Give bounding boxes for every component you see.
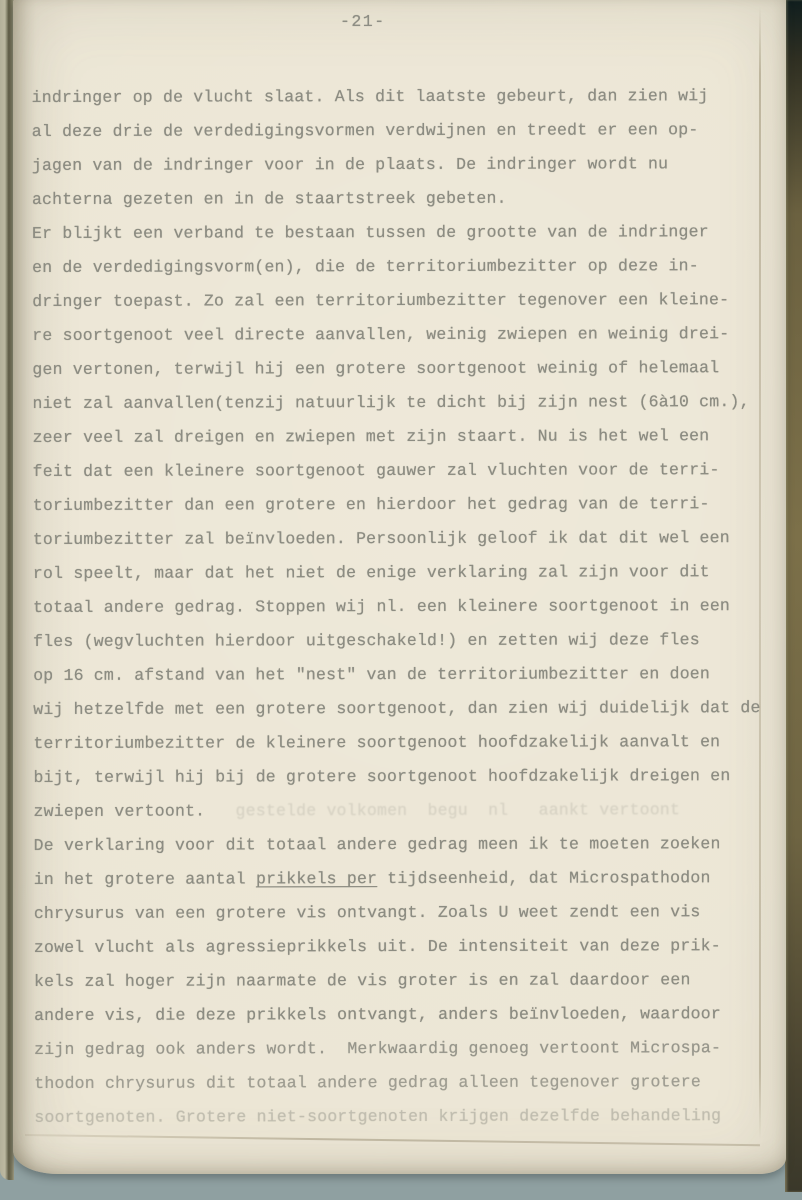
typewritten-line: De verklaring voor dit totaal andere ged… bbox=[34, 827, 779, 863]
text-segment: bijt, terwijl hij bij de grotere soortge… bbox=[33, 766, 730, 787]
scanned-book-photo: -21- indringer op de vlucht slaat. Als d… bbox=[0, 0, 802, 1200]
typewritten-line: wij hetzelfde met een grotere soortgenoo… bbox=[33, 691, 778, 727]
typewritten-line: dringer toepast. Zo zal een territoriumb… bbox=[32, 283, 777, 319]
text-segment: Er blijkt een verband te bestaan tussen … bbox=[32, 222, 709, 243]
page-edge-stack bbox=[785, 0, 802, 1192]
text-segment: in het grotere aantal bbox=[34, 869, 256, 889]
page-fold-line bbox=[759, 6, 761, 1140]
text-segment: territoriumbezitter de kleinere soortgen… bbox=[33, 732, 720, 753]
typewritten-line: feit dat een kleinere soortgenoot gauwer… bbox=[33, 453, 778, 489]
book-binding-edge bbox=[0, 0, 14, 1180]
text-segment: indringer op de vlucht slaat. Als dit la… bbox=[32, 86, 709, 107]
page-text: indringer op de vlucht slaat. Als dit la… bbox=[32, 79, 780, 1135]
typewritten-line: soortgenoten. Grotere niet-soortgenoten … bbox=[34, 1099, 779, 1135]
text-segment: niet zal aanvallen(tenzij natuurlijk te … bbox=[32, 392, 749, 413]
text-segment: toriumbezitter zal beïnvloeden. Persoonl… bbox=[33, 528, 730, 549]
typewritten-line: gen vertonen, terwijl hij een grotere so… bbox=[32, 351, 777, 387]
text-segment: kels zal hoger zijn naarmate de vis grot… bbox=[34, 970, 691, 991]
text-segment: dringer toepast. Zo zal een territoriumb… bbox=[32, 290, 729, 311]
text-segment: al deze drie de verdedigingsvormen verdw… bbox=[32, 120, 699, 141]
typewritten-line: achterna gezeten en in de staartstreek g… bbox=[32, 181, 777, 217]
text-segment: thodon chrysurus dit totaal andere gedra… bbox=[34, 1072, 701, 1093]
text-segment: zwiepen vertoont. bbox=[34, 802, 206, 821]
typewritten-line: in het grotere aantal prikkels per tijds… bbox=[34, 861, 779, 897]
text-segment: tijdseenheid, dat Microspathodon bbox=[377, 868, 710, 888]
typewritten-line: bijt, terwijl hij bij de grotere soortge… bbox=[33, 759, 778, 795]
text-segment: chrysurus van een grotere vis ontvangt. … bbox=[34, 902, 701, 923]
typewritten-line: fles (wegvluchten hierdoor uitgeschakeld… bbox=[33, 623, 778, 659]
text-segment: De verklaring voor dit totaal andere ged… bbox=[34, 834, 721, 855]
typewritten-line: re soortgenoot veel directe aanvallen, w… bbox=[32, 317, 777, 353]
text-segment: zijn gedrag ook anders wordt. Merkwaardi… bbox=[34, 1038, 721, 1059]
typewritten-line: jagen van de indringer voor in de plaats… bbox=[32, 147, 777, 183]
typewritten-line: zowel vlucht als agressieprikkels uit. D… bbox=[34, 929, 779, 965]
text-segment: andere vis, die deze prikkels ontvangt, … bbox=[34, 1004, 721, 1025]
text-segment: gen vertonen, terwijl hij een grotere so… bbox=[32, 358, 719, 379]
typewritten-line: territoriumbezitter de kleinere soortgen… bbox=[33, 725, 778, 761]
typewritten-line: totaal andere gedrag. Stoppen wij nl. ee… bbox=[33, 589, 778, 625]
text-segment: wij hetzelfde met een grotere soortgenoo… bbox=[33, 698, 760, 719]
text-segment: achterna gezeten en in de staartstreek g… bbox=[32, 189, 507, 209]
typewritten-line: rol speelt, maar dat het niet de enige v… bbox=[33, 555, 778, 591]
ghost-offset-text: gestelde volkomen begu nl aankt vertoont bbox=[205, 800, 680, 820]
typewritten-line: niet zal aanvallen(tenzij natuurlijk te … bbox=[32, 385, 777, 421]
typewritten-line: Er blijkt een verband te bestaan tussen … bbox=[32, 215, 777, 251]
typewritten-line: andere vis, die deze prikkels ontvangt, … bbox=[34, 997, 779, 1033]
typewritten-line: chrysurus van een grotere vis ontvangt. … bbox=[34, 895, 779, 931]
typewritten-line: zeer veel zal dreigen en zwiepen met zij… bbox=[33, 419, 778, 455]
text-segment: re soortgenoot veel directe aanvallen, w… bbox=[32, 324, 729, 345]
typewritten-line: zijn gedrag ook anders wordt. Merkwaardi… bbox=[34, 1031, 779, 1067]
text-segment: toriumbezitter dan een grotere en hierdo… bbox=[33, 494, 710, 515]
document-page: -21- indringer op de vlucht slaat. Als d… bbox=[13, 0, 786, 1174]
typewritten-line: toriumbezitter zal beïnvloeden. Persoonl… bbox=[33, 521, 778, 557]
text-segment: feit dat een kleinere soortgenoot gauwer… bbox=[33, 460, 720, 481]
text-segment: soortgenoten. Grotere niet-soortgenoten … bbox=[34, 1106, 721, 1127]
text-segment: totaal andere gedrag. Stoppen wij nl. ee… bbox=[33, 596, 730, 617]
typewritten-line: indringer op de vlucht slaat. Als dit la… bbox=[32, 79, 777, 115]
underlined-text: prikkels per bbox=[256, 869, 377, 888]
text-segment: fles (wegvluchten hierdoor uitgeschakeld… bbox=[33, 630, 700, 651]
text-segment: op 16 cm. afstand van het "nest" van de … bbox=[33, 664, 710, 685]
text-segment: jagen van de indringer voor in de plaats… bbox=[32, 154, 668, 175]
page-number: -21- bbox=[340, 12, 386, 31]
text-segment: zowel vlucht als agressieprikkels uit. D… bbox=[34, 936, 721, 957]
text-segment: rol speelt, maar dat het niet de enige v… bbox=[33, 562, 710, 583]
text-segment: zeer veel zal dreigen en zwiepen met zij… bbox=[33, 426, 710, 447]
typewritten-line: thodon chrysurus dit totaal andere gedra… bbox=[34, 1065, 779, 1101]
typewritten-line: op 16 cm. afstand van het "nest" van de … bbox=[33, 657, 778, 693]
page-bottom-crease bbox=[25, 1134, 760, 1146]
text-segment: en de verdedigingsvorm(en), die de terri… bbox=[32, 256, 699, 277]
typewritten-line: en de verdedigingsvorm(en), die de terri… bbox=[32, 249, 777, 285]
typewritten-line: zwiepen vertoont. gestelde volkomen begu… bbox=[33, 793, 778, 829]
typewritten-line: kels zal hoger zijn naarmate de vis grot… bbox=[34, 963, 779, 999]
typewritten-line: al deze drie de verdedigingsvormen verdw… bbox=[32, 113, 777, 149]
typewritten-line: toriumbezitter dan een grotere en hierdo… bbox=[33, 487, 778, 523]
